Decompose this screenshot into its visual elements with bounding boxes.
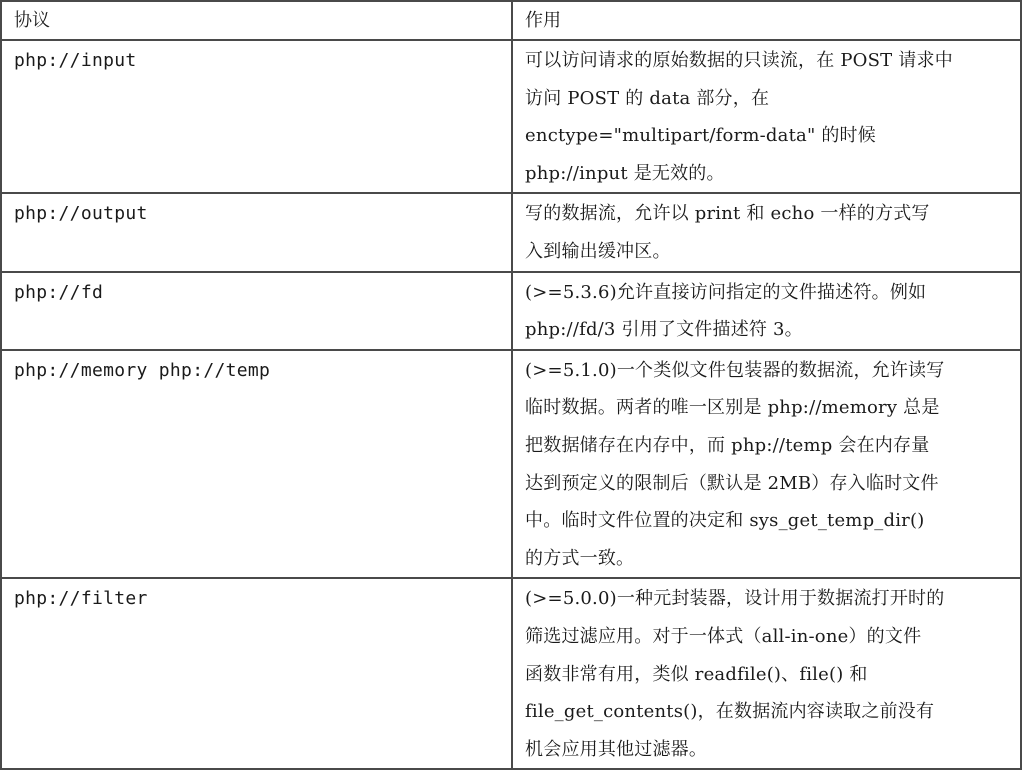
purpose-line: 入到输出缓冲区。 <box>525 233 1008 271</box>
protocol-cell: php://output <box>1 193 512 271</box>
purpose-line: 筛选过滤应用。对于一体式（all-in-one）的文件 <box>525 618 1008 656</box>
purpose-line: enctype="multipart/form-data" 的时候 <box>525 117 1008 155</box>
purpose-line: (>=5.0.0)一种元封装器，设计用于数据流打开时的 <box>525 580 1008 618</box>
purpose-cell: 可以访问请求的原始数据的只读流，在 POST 请求中 访问 POST 的 dat… <box>512 40 1021 193</box>
table-header-row: 协议 作用 <box>1 1 1021 40</box>
protocol-cell: php://input <box>1 40 512 193</box>
purpose-line: 函数非常有用，类似 readfile()、file() 和 <box>525 656 1008 694</box>
purpose-line: 达到预定义的限制后（默认是 2MB）存入临时文件 <box>525 465 1008 503</box>
purpose-line: 中。临时文件位置的决定和 sys_get_temp_dir() <box>525 502 1008 540</box>
protocol-cell: php://filter <box>1 578 512 760</box>
table-row: php://fd (>=5.3.6)允许直接访问指定的文件描述符。例如 php:… <box>1 272 1021 350</box>
purpose-line: 机会应用其他过滤器。 <box>525 731 1008 760</box>
protocol-cell: php://memory php://temp <box>1 350 512 579</box>
header-protocol: 协议 <box>1 1 512 40</box>
table-row: php://memory php://temp (>=5.1.0)一个类似文件包… <box>1 350 1021 579</box>
purpose-line: 写的数据流，允许以 print 和 echo 一样的方式写 <box>525 195 1008 233</box>
purpose-cell: (>=5.0.0)一种元封装器，设计用于数据流打开时的 筛选过滤应用。对于一体式… <box>512 578 1021 760</box>
header-purpose: 作用 <box>512 1 1021 40</box>
purpose-line: php://fd/3 引用了文件描述符 3。 <box>525 311 1008 349</box>
purpose-line: (>=5.3.6)允许直接访问指定的文件描述符。例如 <box>525 274 1008 312</box>
purpose-line: 的方式一致。 <box>525 540 1008 578</box>
purpose-line: 临时数据。两者的唯一区别是 php://memory 总是 <box>525 389 1008 427</box>
php-protocols-table: 协议 作用 php://input 可以访问请求的原始数据的只读流，在 POST… <box>0 0 1022 760</box>
purpose-cell: (>=5.1.0)一个类似文件包装器的数据流，允许读写 临时数据。两者的唯一区别… <box>512 350 1021 579</box>
purpose-line: php://input 是无效的。 <box>525 155 1008 193</box>
purpose-line: file_get_contents()，在数据流内容读取之前没有 <box>525 693 1008 731</box>
purpose-cell: (>=5.3.6)允许直接访问指定的文件描述符。例如 php://fd/3 引用… <box>512 272 1021 350</box>
table-row: php://filter (>=5.0.0)一种元封装器，设计用于数据流打开时的… <box>1 578 1021 760</box>
purpose-line: (>=5.1.0)一个类似文件包装器的数据流，允许读写 <box>525 352 1008 390</box>
table-row: php://output 写的数据流，允许以 print 和 echo 一样的方… <box>1 193 1021 271</box>
protocol-cell: php://fd <box>1 272 512 350</box>
table-row: php://input 可以访问请求的原始数据的只读流，在 POST 请求中 访… <box>1 40 1021 193</box>
purpose-line: 把数据储存在内存中，而 php://temp 会在内存量 <box>525 427 1008 465</box>
purpose-cell: 写的数据流，允许以 print 和 echo 一样的方式写 入到输出缓冲区。 <box>512 193 1021 271</box>
purpose-line: 访问 POST 的 data 部分，在 <box>525 80 1008 118</box>
purpose-line: 可以访问请求的原始数据的只读流，在 POST 请求中 <box>525 42 1008 80</box>
